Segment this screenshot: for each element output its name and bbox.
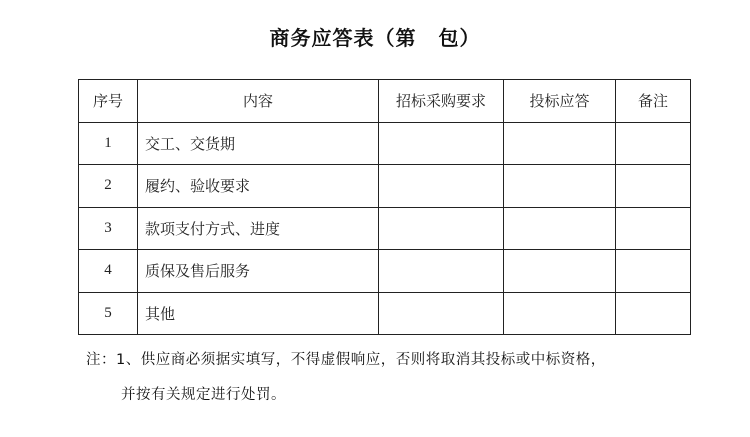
row-response-cell[interactable]: [504, 250, 616, 293]
row-no: 3: [79, 207, 138, 250]
title-end: 包）: [439, 26, 481, 50]
row-response-cell[interactable]: [504, 292, 616, 335]
row-no: 1: [79, 122, 138, 165]
row-remark-cell[interactable]: [616, 122, 691, 165]
header-remark: 备注: [616, 80, 691, 123]
row-no: 4: [79, 250, 138, 293]
row-content: 交工、交货期: [138, 122, 379, 165]
title-main: 商务应答表（第: [270, 26, 417, 50]
table-row: 3 款项支付方式、进度: [79, 207, 691, 250]
row-content: 质保及售后服务: [138, 250, 379, 293]
business-response-table: 序号 内容 招标采购要求 投标应答 备注 1 交工、交货期 2 履约、验收要求 …: [78, 79, 691, 335]
row-content: 履约、验收要求: [138, 165, 379, 208]
table-row: 1 交工、交货期: [79, 122, 691, 165]
row-remark-cell[interactable]: [616, 292, 691, 335]
header-requirement: 招标采购要求: [379, 80, 504, 123]
row-response-cell[interactable]: [504, 122, 616, 165]
table-row: 5 其他: [79, 292, 691, 335]
row-content: 款项支付方式、进度: [138, 207, 379, 250]
table-row: 2 履约、验收要求: [79, 165, 691, 208]
row-requirement-cell[interactable]: [379, 292, 504, 335]
header-no: 序号: [79, 80, 138, 123]
table-header-row: 序号 内容 招标采购要求 投标应答 备注: [79, 80, 691, 123]
row-remark-cell[interactable]: [616, 250, 691, 293]
row-requirement-cell[interactable]: [379, 165, 504, 208]
row-remark-cell[interactable]: [616, 165, 691, 208]
row-requirement-cell[interactable]: [379, 250, 504, 293]
table-row: 4 质保及售后服务: [79, 250, 691, 293]
row-no: 2: [79, 165, 138, 208]
row-content: 其他: [138, 292, 379, 335]
row-requirement-cell[interactable]: [379, 207, 504, 250]
row-response-cell[interactable]: [504, 165, 616, 208]
page-title: 商务应答表（第包）: [0, 22, 750, 51]
row-response-cell[interactable]: [504, 207, 616, 250]
row-remark-cell[interactable]: [616, 207, 691, 250]
row-no: 5: [79, 292, 138, 335]
note-line-2: 并按有关规定进行处罚。: [121, 383, 286, 404]
row-requirement-cell[interactable]: [379, 122, 504, 165]
header-response: 投标应答: [504, 80, 616, 123]
header-content: 内容: [138, 80, 379, 123]
note-line-1: 注：1、供应商必须据实填写，不得虚假响应，否则将取消其投标或中标资格，: [86, 348, 606, 369]
